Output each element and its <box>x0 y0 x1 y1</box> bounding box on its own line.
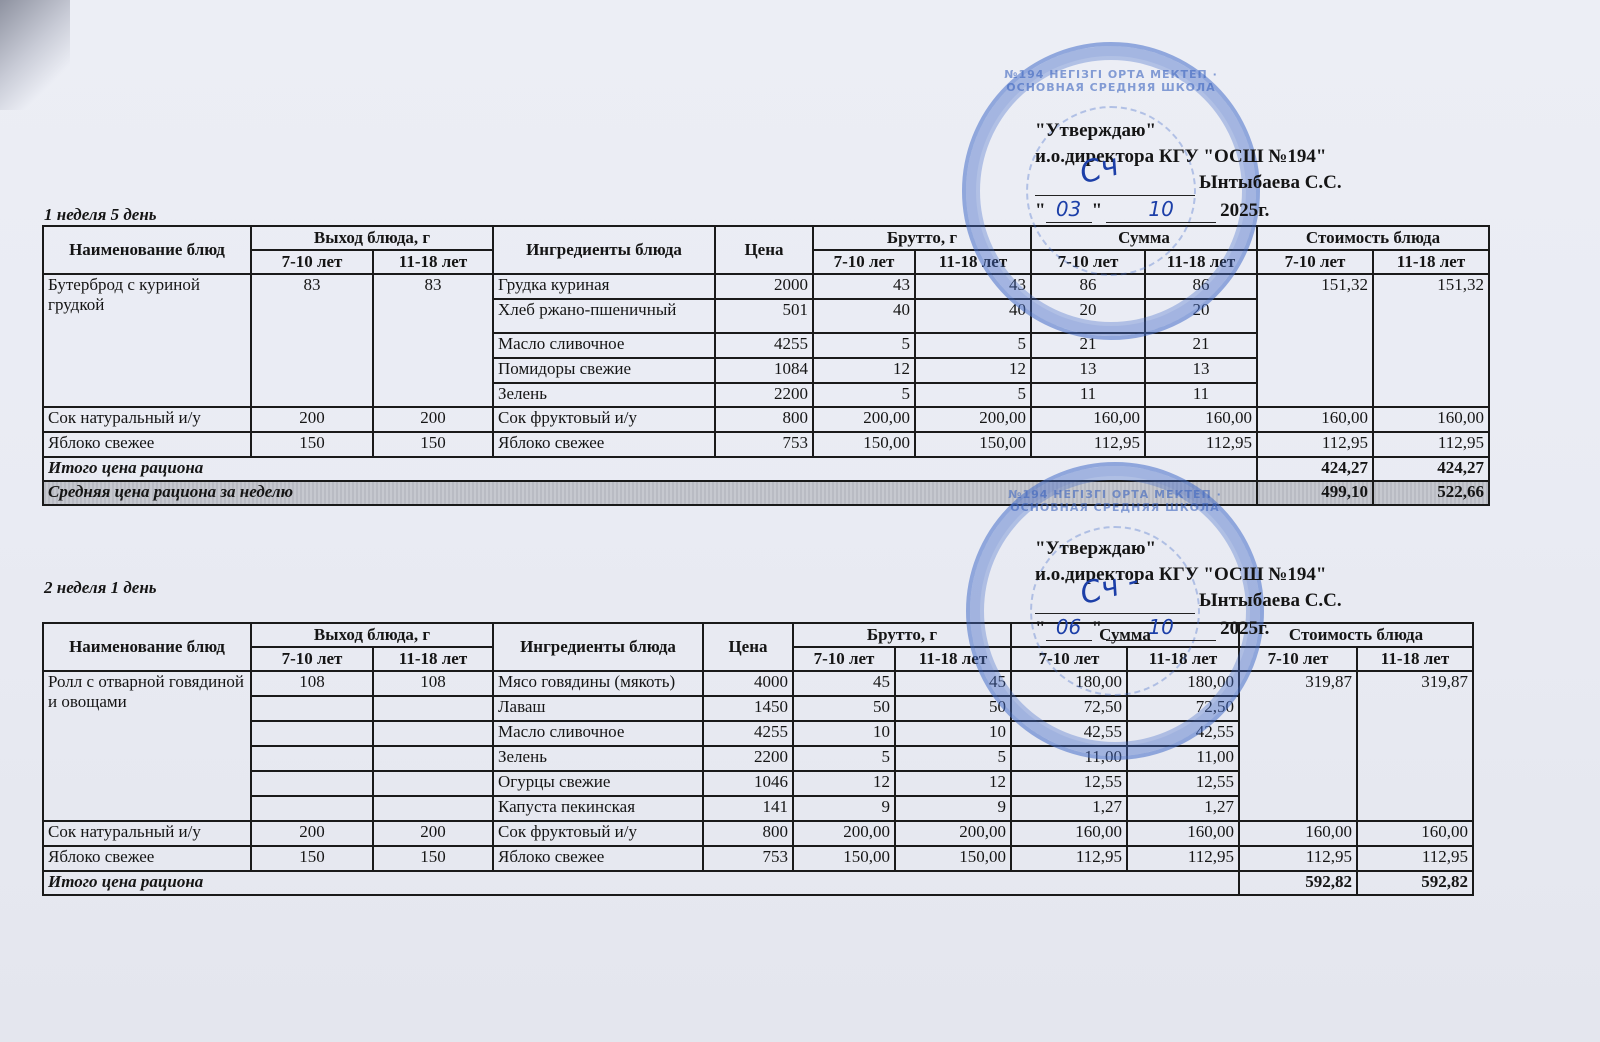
sum-11-18: 112,95 <box>1145 432 1257 457</box>
sum-7-10: 20 <box>1031 299 1145 333</box>
dish-cost-7-10: 160,00 <box>1239 821 1357 846</box>
ingredient-price: 4255 <box>715 333 813 358</box>
table-row: Сок натуральный и/у200200Сок фруктовый и… <box>43 821 1473 846</box>
header-age-11-18: 11-18 лет <box>895 647 1011 671</box>
gross-7-10: 10 <box>793 721 895 746</box>
gross-11-18: 40 <box>915 299 1031 333</box>
gross-7-10: 150,00 <box>813 432 915 457</box>
ingredient-price: 800 <box>703 821 793 846</box>
dish-yield-7-10: 83 <box>251 274 373 407</box>
approval-year: 2025г. <box>1220 618 1269 639</box>
empty-yield-cell <box>373 771 493 796</box>
header-age-11-18: 11-18 лет <box>373 250 493 274</box>
ingredient-price: 753 <box>703 846 793 871</box>
dish-yield-11-18: 108 <box>373 671 493 696</box>
header-age-11-18: 11-18 лет <box>373 647 493 671</box>
header-sum: Сумма <box>1031 226 1257 250</box>
sum-11-18: 1,27 <box>1127 796 1239 821</box>
empty-yield-cell <box>251 771 373 796</box>
sum-7-10: 1,27 <box>1011 796 1127 821</box>
dish-name: Яблоко свежее <box>43 432 251 457</box>
gross-7-10: 40 <box>813 299 915 333</box>
table-row: Ролл с отварной говядиной и овощами10810… <box>43 671 1473 696</box>
approval-year: 2025г. <box>1220 200 1269 221</box>
header-age-7-10: 7-10 лет <box>1031 250 1145 274</box>
approval-title: "Утверждаю" <box>1035 536 1342 562</box>
sum-7-10: 42,55 <box>1011 721 1127 746</box>
sum-7-10: 11,00 <box>1011 746 1127 771</box>
weekly-average-label: Средняя цена рациона за неделю <box>43 481 1257 505</box>
header-yield: Выход блюда, г <box>251 226 493 250</box>
ingredient-price: 2200 <box>703 746 793 771</box>
gross-7-10: 9 <box>793 796 895 821</box>
gross-7-10: 5 <box>793 746 895 771</box>
total-11-18: 592,82 <box>1357 871 1473 895</box>
gross-11-18: 9 <box>895 796 1011 821</box>
ingredient-name: Хлеб ржано-пшеничный <box>493 299 715 333</box>
gross-11-18: 150,00 <box>915 432 1031 457</box>
total-row: Итого цена рациона424,27424,27 <box>43 457 1489 481</box>
approval-month: 10 <box>1106 614 1216 641</box>
weekly-average-11-18: 522,66 <box>1373 481 1489 505</box>
header-dish-name: Наименование блюд <box>43 226 251 274</box>
ingredient-name: Яблоко свежее <box>493 432 715 457</box>
gross-11-18: 12 <box>915 358 1031 383</box>
header-gross: Брутто, г <box>813 226 1031 250</box>
empty-yield-cell <box>251 746 373 771</box>
dish-cost-11-18: 160,00 <box>1373 407 1489 432</box>
gross-11-18: 200,00 <box>895 821 1011 846</box>
empty-yield-cell <box>251 721 373 746</box>
dish-cost-7-10: 319,87 <box>1239 671 1357 821</box>
dish-yield-7-10: 108 <box>251 671 373 696</box>
header-age-7-10: 7-10 лет <box>1257 250 1373 274</box>
gross-11-18: 150,00 <box>895 846 1011 871</box>
dish-name: Бутерброд с куриной грудкой <box>43 274 251 407</box>
total-7-10: 592,82 <box>1239 871 1357 895</box>
menu-table: Наименование блюдВыход блюда, гИнгредиен… <box>42 225 1490 506</box>
sum-7-10: 13 <box>1031 358 1145 383</box>
sum-7-10: 21 <box>1031 333 1145 358</box>
empty-yield-cell <box>373 746 493 771</box>
ingredient-price: 501 <box>715 299 813 333</box>
ingredient-name: Сок фруктовый и/у <box>493 407 715 432</box>
dish-yield-7-10: 200 <box>251 821 373 846</box>
gross-11-18: 5 <box>895 746 1011 771</box>
sum-11-18: 72,50 <box>1127 696 1239 721</box>
dish-cost-11-18: 112,95 <box>1373 432 1489 457</box>
ingredient-price: 4000 <box>703 671 793 696</box>
stamp-text: №194 НЕГІЗГІ ОРТА МЕКТЕП · ОСНОВНАЯ СРЕД… <box>966 68 1256 94</box>
ingredient-price: 1450 <box>703 696 793 721</box>
weekly-average-7-10: 499,10 <box>1257 481 1373 505</box>
header-ingredients: Ингредиенты блюда <box>493 226 715 274</box>
dish-cost-7-10: 151,32 <box>1257 274 1373 407</box>
ingredient-price: 1046 <box>703 771 793 796</box>
gross-7-10: 200,00 <box>793 821 895 846</box>
gross-11-18: 10 <box>895 721 1011 746</box>
ingredient-name: Лаваш <box>493 696 703 721</box>
dish-yield-7-10: 150 <box>251 432 373 457</box>
ingredient-price: 753 <box>715 432 813 457</box>
header-gross: Брутто, г <box>793 623 1011 647</box>
sum-11-18: 42,55 <box>1127 721 1239 746</box>
dish-cost-11-18: 319,87 <box>1357 671 1473 821</box>
sum-7-10: 112,95 <box>1011 846 1127 871</box>
header-age-11-18: 11-18 лет <box>1373 250 1489 274</box>
gross-11-18: 200,00 <box>915 407 1031 432</box>
gross-7-10: 12 <box>813 358 915 383</box>
dish-name: Ролл с отварной говядиной и овощами <box>43 671 251 821</box>
dish-name: Яблоко свежее <box>43 846 251 871</box>
ingredient-name: Огурцы свежие <box>493 771 703 796</box>
sum-11-18: 112,95 <box>1127 846 1239 871</box>
ingredient-name: Мясо говядины (мякоть) <box>493 671 703 696</box>
sum-7-10: 86 <box>1031 274 1145 299</box>
header-row: Наименование блюдВыход блюда, гИнгредиен… <box>43 226 1489 250</box>
header-price: Цена <box>703 623 793 671</box>
total-7-10: 424,27 <box>1257 457 1373 481</box>
approval-title: "Утверждаю" <box>1035 118 1342 144</box>
ingredient-price: 1084 <box>715 358 813 383</box>
total-label: Итого цена рациона <box>43 457 1257 481</box>
dish-yield-11-18: 150 <box>373 846 493 871</box>
dish-cost-11-18: 112,95 <box>1357 846 1473 871</box>
dish-cost-7-10: 160,00 <box>1257 407 1373 432</box>
dish-cost-7-10: 112,95 <box>1239 846 1357 871</box>
gross-7-10: 50 <box>793 696 895 721</box>
ingredient-name: Масло сливочное <box>493 721 703 746</box>
ingredient-price: 141 <box>703 796 793 821</box>
header-ingredients: Ингредиенты блюда <box>493 623 703 671</box>
header-age-7-10: 7-10 лет <box>251 250 373 274</box>
ingredient-name: Помидоры свежие <box>493 358 715 383</box>
gross-11-18: 12 <box>895 771 1011 796</box>
table-row: Яблоко свежее150150Яблоко свежее753150,0… <box>43 432 1489 457</box>
header-age-11-18: 11-18 лет <box>1127 647 1239 671</box>
sum-11-18: 86 <box>1145 274 1257 299</box>
ingredient-price: 2200 <box>715 383 813 407</box>
gross-7-10: 12 <box>793 771 895 796</box>
ingredient-name: Яблоко свежее <box>493 846 703 871</box>
sum-11-18: 160,00 <box>1145 407 1257 432</box>
sum-7-10: 12,55 <box>1011 771 1127 796</box>
empty-yield-cell <box>373 696 493 721</box>
empty-yield-cell <box>251 696 373 721</box>
approver-name: Ынтыбаева С.С. <box>1199 172 1342 193</box>
sum-11-18: 20 <box>1145 299 1257 333</box>
gross-7-10: 150,00 <box>793 846 895 871</box>
total-row: Итого цена рациона592,82592,82 <box>43 871 1473 895</box>
header-age-7-10: 7-10 лет <box>793 647 895 671</box>
table-row: Бутерброд с куриной грудкой8383Грудка ку… <box>43 274 1489 299</box>
ingredient-price: 800 <box>715 407 813 432</box>
ingredient-name: Зелень <box>493 383 715 407</box>
empty-yield-cell <box>251 796 373 821</box>
menu-day-label: 2 неделя 1 день <box>44 578 157 598</box>
ingredient-name: Грудка куриная <box>493 274 715 299</box>
header-age-11-18: 11-18 лет <box>1145 250 1257 274</box>
sum-11-18: 13 <box>1145 358 1257 383</box>
header-age-11-18: 11-18 лет <box>1357 647 1473 671</box>
sum-7-10: 180,00 <box>1011 671 1127 696</box>
total-11-18: 424,27 <box>1373 457 1489 481</box>
ingredient-name: Капуста пекинская <box>493 796 703 821</box>
sum-7-10: 11 <box>1031 383 1145 407</box>
table-row: Сок натуральный и/у200200Сок фруктовый и… <box>43 407 1489 432</box>
weekly-average-row: Средняя цена рациона за неделю499,10522,… <box>43 481 1489 505</box>
gross-11-18: 45 <box>895 671 1011 696</box>
gross-7-10: 43 <box>813 274 915 299</box>
header-age-7-10: 7-10 лет <box>813 250 915 274</box>
sum-7-10: 160,00 <box>1011 821 1127 846</box>
header-age-7-10: 7-10 лет <box>1239 647 1357 671</box>
sum-11-18: 11,00 <box>1127 746 1239 771</box>
header-dish-name: Наименование блюд <box>43 623 251 671</box>
ingredient-price: 4255 <box>703 721 793 746</box>
dish-cost-11-18: 151,32 <box>1373 274 1489 407</box>
ingredient-name: Зелень <box>493 746 703 771</box>
gross-11-18: 5 <box>915 333 1031 358</box>
gross-7-10: 5 <box>813 333 915 358</box>
sum-7-10: 112,95 <box>1031 432 1145 457</box>
sum-11-18: 11 <box>1145 383 1257 407</box>
table-row: Яблоко свежее150150Яблоко свежее753150,0… <box>43 846 1473 871</box>
approval-month: 10 <box>1106 196 1216 223</box>
page-corner-shadow <box>0 0 70 110</box>
dish-name: Сок натуральный и/у <box>43 407 251 432</box>
ingredient-price: 2000 <box>715 274 813 299</box>
dish-yield-11-18: 83 <box>373 274 493 407</box>
dish-cost-11-18: 160,00 <box>1357 821 1473 846</box>
dish-name: Сок натуральный и/у <box>43 821 251 846</box>
dish-yield-11-18: 150 <box>373 432 493 457</box>
gross-7-10: 5 <box>813 383 915 407</box>
sum-7-10: 72,50 <box>1011 696 1127 721</box>
empty-yield-cell <box>373 796 493 821</box>
total-label: Итого цена рациона <box>43 871 1239 895</box>
approval-day: 06 <box>1046 614 1092 641</box>
header-age-11-18: 11-18 лет <box>915 250 1031 274</box>
gross-11-18: 43 <box>915 274 1031 299</box>
gross-7-10: 200,00 <box>813 407 915 432</box>
header-yield: Выход блюда, г <box>251 623 493 647</box>
header-dish-cost: Стоимость блюда <box>1257 226 1489 250</box>
sum-11-18: 21 <box>1145 333 1257 358</box>
approver-name: Ынтыбаева С.С. <box>1199 590 1342 611</box>
gross-7-10: 45 <box>793 671 895 696</box>
sum-7-10: 160,00 <box>1031 407 1145 432</box>
ingredient-name: Масло сливочное <box>493 333 715 358</box>
header-age-7-10: 7-10 лет <box>1011 647 1127 671</box>
dish-yield-7-10: 150 <box>251 846 373 871</box>
dish-yield-7-10: 200 <box>251 407 373 432</box>
header-age-7-10: 7-10 лет <box>251 647 373 671</box>
approval-day: 03 <box>1046 196 1092 223</box>
ingredient-name: Сок фруктовый и/у <box>493 821 703 846</box>
menu-day-label: 1 неделя 5 день <box>44 205 157 225</box>
dish-yield-11-18: 200 <box>373 407 493 432</box>
gross-11-18: 50 <box>895 696 1011 721</box>
header-price: Цена <box>715 226 813 274</box>
sum-11-18: 12,55 <box>1127 771 1239 796</box>
sum-11-18: 180,00 <box>1127 671 1239 696</box>
sum-11-18: 160,00 <box>1127 821 1239 846</box>
empty-yield-cell <box>373 721 493 746</box>
dish-cost-7-10: 112,95 <box>1257 432 1373 457</box>
gross-11-18: 5 <box>915 383 1031 407</box>
dish-yield-11-18: 200 <box>373 821 493 846</box>
menu-table: Наименование блюдВыход блюда, гИнгредиен… <box>42 622 1474 896</box>
